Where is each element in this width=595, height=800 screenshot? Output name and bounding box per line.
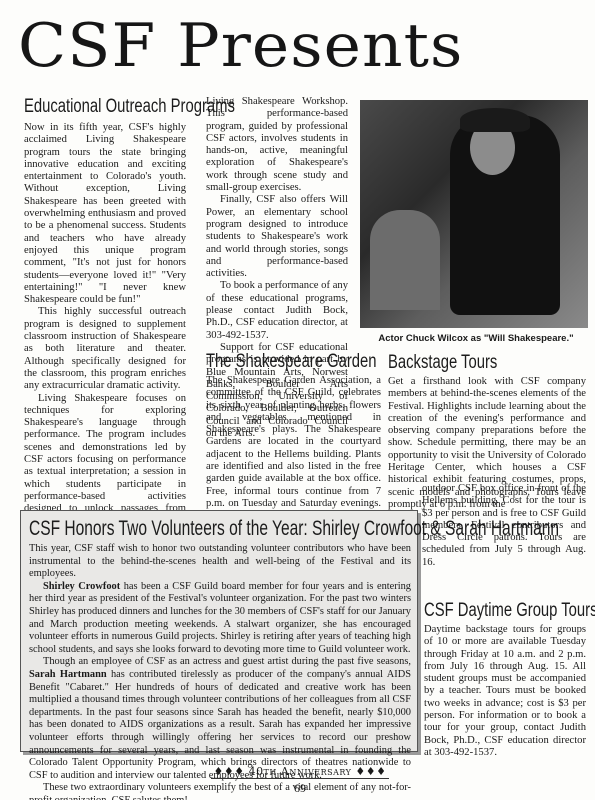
photo-actor-hat bbox=[460, 108, 530, 132]
outreach-paragraph: Finally, CSF also offers Will Power, an … bbox=[206, 194, 348, 280]
honoree-name: Sarah Hartmann bbox=[29, 669, 107, 680]
page-title: CSF Presents bbox=[18, 8, 463, 84]
honors-paragraph: This year, CSF staff wish to honor two o… bbox=[29, 543, 411, 581]
daytime-tours-section: CSF Daytime Group Tours Daytime backstag… bbox=[424, 600, 586, 759]
volunteers-honor-box: CSF Honors Two Volunteers of the Year: S… bbox=[20, 510, 418, 752]
honors-heading: CSF Honors Two Volunteers of the Year: S… bbox=[29, 517, 559, 541]
anniversary-banner: ♦♦♦ 40th Anniversary ♦♦♦ bbox=[211, 765, 388, 779]
honors-text: Though an employee of CSF as an actress … bbox=[43, 656, 411, 667]
page-number: 69 bbox=[200, 781, 400, 796]
outreach-heading: Educational Outreach Programs bbox=[24, 96, 150, 118]
garden-heading: The Shakespeare Garden bbox=[206, 351, 343, 373]
garden-section: The Shakespeare Garden The Shakespeare G… bbox=[206, 351, 381, 535]
backstage-heading: Backstage Tours bbox=[388, 352, 542, 374]
outreach-paragraph: Living Shakespeare Workshop. This perfor… bbox=[206, 96, 348, 194]
photo-caption: Actor Chuck Wilcox as "Will Shakespeare.… bbox=[366, 333, 586, 344]
honors-paragraph: Shirley Crowfoot has been a CSF Guild bo… bbox=[29, 581, 411, 657]
page-footer: ♦♦♦ 40th Anniversary ♦♦♦ 69 bbox=[200, 762, 400, 796]
honoree-name: Shirley Crowfoot bbox=[43, 581, 120, 592]
outreach-paragraph: Now in its fifth year, CSF's highly accl… bbox=[24, 122, 186, 306]
outreach-paragraph: To book a performance of any of these ed… bbox=[206, 280, 348, 341]
actor-photo bbox=[360, 100, 588, 328]
photo-background-figure bbox=[370, 210, 440, 310]
outreach-paragraph: This highly successful outreach program … bbox=[24, 306, 186, 392]
daytime-body: Daytime backstage tours for groups of 10… bbox=[424, 624, 586, 759]
daytime-heading: CSF Daytime Group Tours bbox=[424, 600, 550, 622]
